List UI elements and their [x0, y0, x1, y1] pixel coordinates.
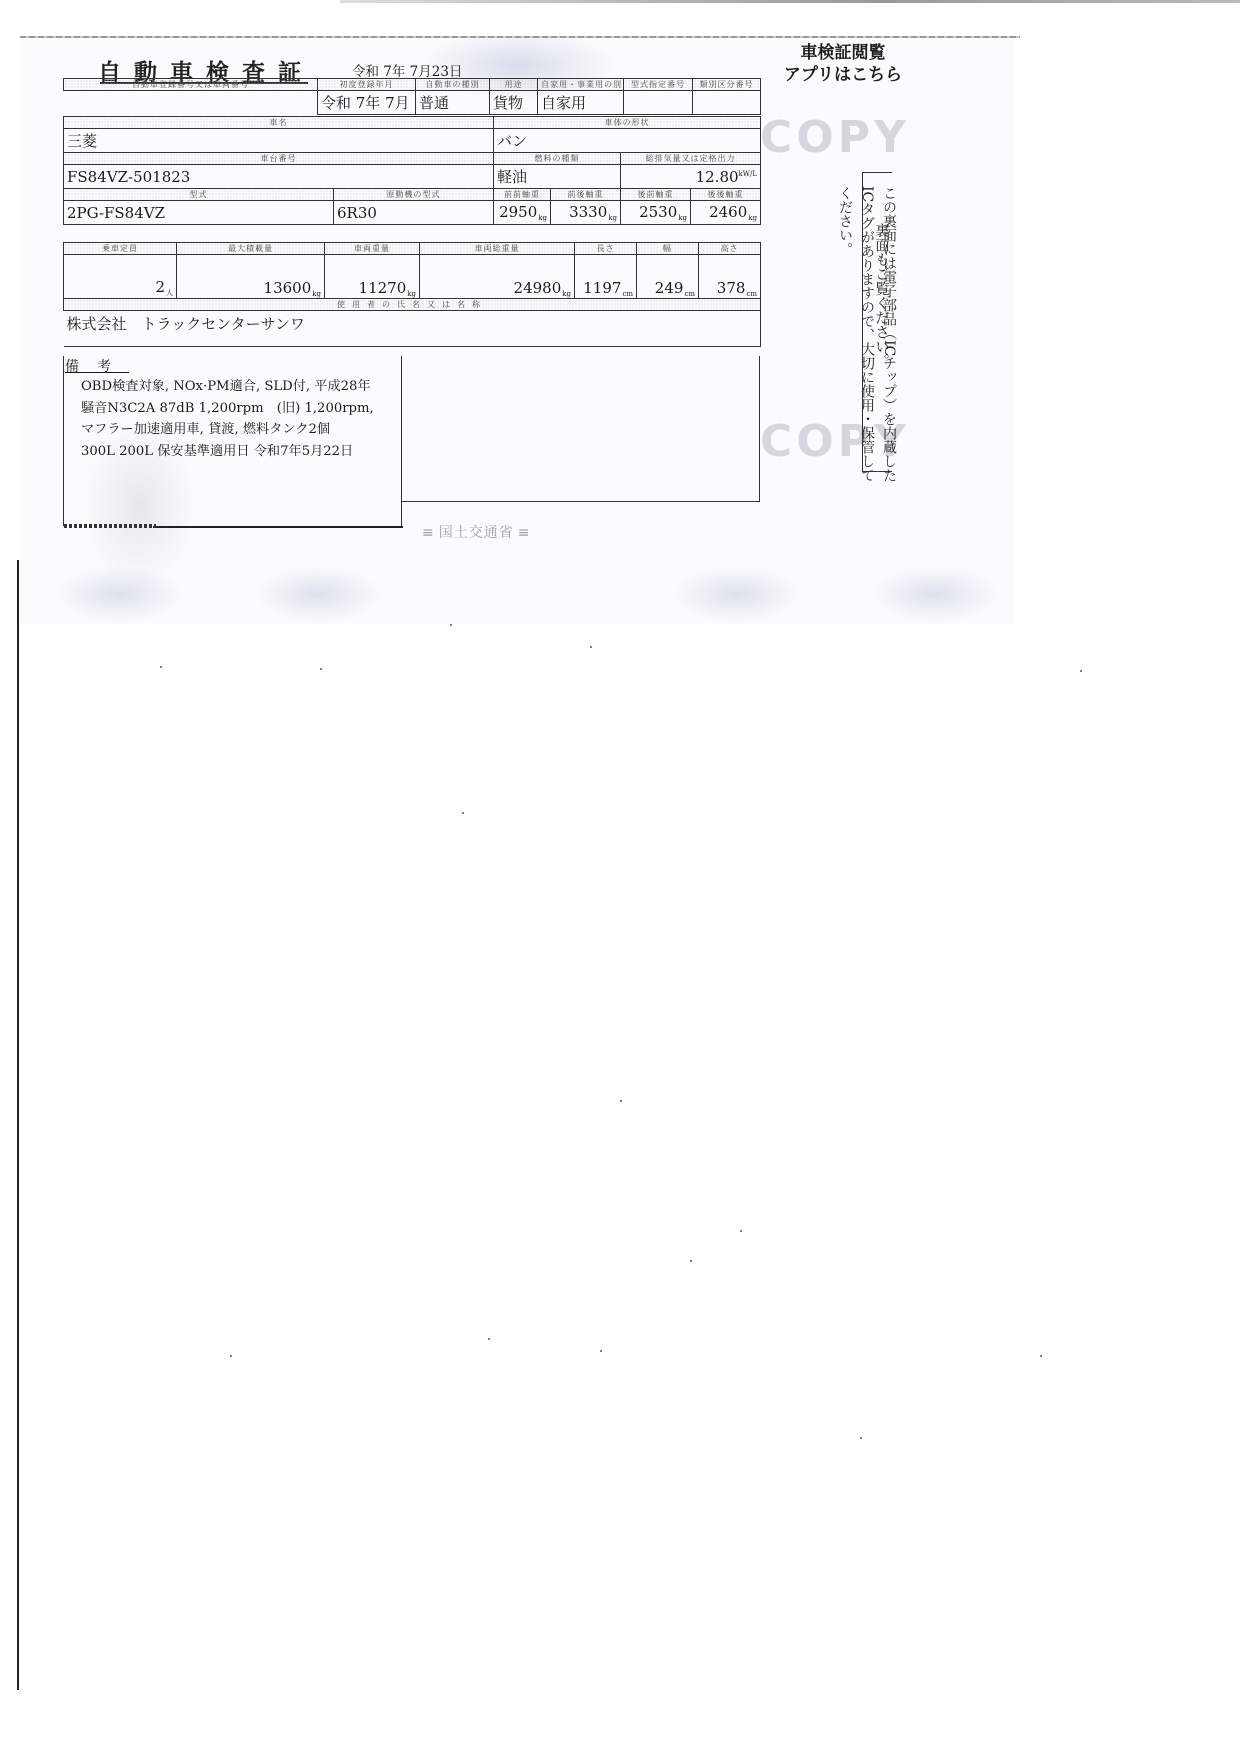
max-load-cell: 13600kg — [177, 255, 325, 299]
front-rear-axle-value: 3330 — [569, 203, 607, 221]
label-registration-number: 自動車登録番号又は車両番号 — [64, 79, 318, 91]
vehicle-category-value: 普通 — [416, 91, 490, 115]
label-length: 長さ — [575, 243, 637, 255]
certificate-top-border — [20, 36, 1020, 38]
private-business-value: 自家用 — [538, 91, 624, 115]
label-engine-model: 原動機の型式 — [334, 189, 494, 201]
vehicle-weight-cell: 11270kg — [325, 255, 420, 299]
label-use: 用途 — [490, 79, 538, 91]
weights-dimensions-table: 乗車定員 最大積載量 車両重量 車両総重量 長さ 幅 高さ 2人 13600kg… — [63, 242, 761, 347]
label-first-registration: 初度登録年月 — [318, 79, 416, 91]
label-body-shape: 車体の形状 — [494, 117, 761, 129]
label-private-business: 自家用・事業用の別 — [538, 79, 624, 91]
length-value: 1197 — [583, 279, 621, 297]
label-rear-rear-axle: 後後軸重 — [691, 189, 761, 201]
front-front-axle-cell: 2950kg — [494, 201, 551, 225]
scan-speck — [590, 646, 592, 648]
body-shape-value: バン — [494, 129, 761, 153]
label-height: 高さ — [699, 243, 761, 255]
scan-speck — [620, 1100, 622, 1102]
registration-table: 自動車登録番号又は車両番号 初度登録年月 自動車の種別 用途 自家用・事業用の別… — [63, 78, 761, 115]
height-cell: 378cm — [699, 255, 761, 299]
remarks-text: OBD検査対象, NOx·PM適合, SLD付, 平成28年 騒音N3C2A 8… — [81, 376, 374, 462]
remarks-line: マフラー加速適用車, 貸渡, 燃料タンク2個 — [81, 419, 374, 441]
scan-speck — [462, 812, 464, 814]
rear-front-axle-cell: 2530kg — [621, 201, 691, 225]
unit-kg: kg — [538, 214, 547, 222]
label-max-load: 最大積載量 — [177, 243, 325, 255]
label-gross-weight: 車両総重量 — [420, 243, 575, 255]
type-designation-value — [624, 91, 693, 115]
first-registration-value: 令和 7年 7月 — [318, 91, 416, 115]
capacity-cell: 2人 — [64, 255, 177, 299]
unit-cm: cm — [746, 290, 757, 298]
chassis-number-value: FS84VZ-501823 — [64, 165, 494, 189]
scan-speck — [320, 668, 322, 670]
issue-date: 令和 7年 7月23日 — [352, 60, 462, 80]
remarks-line: 騒音N3C2A 87dB 1,200rpm (旧) 1,200rpm, — [81, 398, 374, 420]
category-class-value — [693, 91, 761, 115]
label-vehicle-weight: 車両重量 — [325, 243, 420, 255]
width-value: 249 — [655, 279, 684, 297]
label-category-class: 類別区分番号 — [693, 79, 761, 91]
see-back-notice: 裏面もご覧ください。 — [862, 172, 892, 472]
label-front-rear-axle: 前後軸重 — [551, 189, 621, 201]
remarks-line: 300L 200L 保安基準適用日 令和7年5月22日 — [81, 441, 374, 463]
label-model: 型式 — [64, 189, 334, 201]
unit-cm: cm — [684, 290, 695, 298]
gross-weight-cell: 24980kg — [420, 255, 575, 299]
copy-watermark: COPY — [760, 112, 910, 163]
scan-speck — [230, 1355, 232, 1357]
label-chassis-number: 車台番号 — [64, 153, 494, 165]
rear-front-axle-value: 2530 — [639, 203, 677, 221]
ministry-logo: 国土交通省 — [422, 522, 530, 542]
make-value: 三菱 — [64, 129, 494, 153]
label-vehicle-category: 自動車の種別 — [416, 79, 490, 91]
unit-kg: kg — [678, 214, 687, 222]
unit-kg: kg — [748, 214, 757, 222]
scan-speck — [1040, 1355, 1042, 1357]
registration-number-value — [64, 91, 318, 115]
remarks-box-bottom — [153, 526, 403, 528]
use-value: 貨物 — [490, 91, 538, 115]
displacement-value: 12.80 — [696, 168, 739, 186]
label-type-designation: 型式指定番号 — [624, 79, 693, 91]
label-user-name: 使用者の氏名又は名称 — [64, 299, 761, 311]
front-rear-axle-cell: 3330kg — [551, 201, 621, 225]
height-value: 378 — [717, 279, 746, 297]
app-link-label[interactable]: 車検証閲覧 アプリはこちら — [768, 42, 918, 86]
length-cell: 1197cm — [575, 255, 637, 299]
scan-speck — [690, 1260, 692, 1262]
scan-speck — [160, 666, 162, 668]
unit-kg: kg — [312, 290, 321, 298]
label-make: 車名 — [64, 117, 494, 129]
scan-speck — [740, 1230, 742, 1232]
label-displacement: 総排気量又は定格出力 — [621, 153, 761, 165]
label-front-front-axle: 前前軸重 — [494, 189, 551, 201]
app-link-line: アプリはこちら — [768, 64, 918, 86]
microprint-id — [64, 524, 156, 528]
page-left-edge — [17, 560, 19, 1690]
capacity-value: 2 — [155, 278, 165, 296]
unit-kg: kg — [608, 214, 617, 222]
blank-panel — [402, 356, 760, 502]
unit-cm: cm — [622, 290, 633, 298]
scan-speck — [860, 1437, 862, 1439]
scan-speck — [1080, 670, 1082, 672]
unit-person: 人 — [166, 289, 173, 297]
vehicle-spec-table: 車名 車体の形状 三菱 バン 車台番号 燃料の種類 総排気量又は定格出力 FS8… — [63, 116, 761, 225]
engine-model-value: 6R30 — [334, 201, 494, 225]
unit-kg: kg — [562, 290, 571, 298]
max-load-value: 13600 — [264, 279, 312, 297]
label-capacity: 乗車定員 — [64, 243, 177, 255]
width-cell: 249cm — [637, 255, 699, 299]
scan-speck — [488, 1338, 490, 1340]
label-width: 幅 — [637, 243, 699, 255]
app-link-line: 車検証閲覧 — [768, 42, 918, 64]
fuel-type-value: 軽油 — [494, 165, 621, 189]
user-name-value: 株式会社 トラックセンターサンワ — [64, 311, 761, 347]
scan-speck — [450, 624, 452, 626]
unit-kg: kg — [407, 290, 416, 298]
displacement-cell: 12.80kW/L — [621, 165, 761, 189]
vehicle-weight-value: 11270 — [359, 279, 407, 297]
displacement-unit: kW/L — [739, 170, 757, 178]
scan-edge-line — [340, 0, 1240, 3]
remarks-line: OBD検査対象, NOx·PM適合, SLD付, 平成28年 — [81, 376, 374, 398]
rear-rear-axle-cell: 2460kg — [691, 201, 761, 225]
model-value: 2PG-FS84VZ — [64, 201, 334, 225]
rear-rear-axle-value: 2460 — [709, 203, 747, 221]
front-front-axle-value: 2950 — [499, 203, 537, 221]
remarks-heading: 備考 — [65, 356, 129, 376]
vehicle-inspection-certificate: 自動車検査証 令和 7年 7月23日 自動車登録番号又は車両番号 初度登録年月 … — [20, 36, 1015, 624]
label-rear-front-axle: 後前軸重 — [621, 189, 691, 201]
gross-weight-value: 24980 — [514, 279, 562, 297]
label-fuel-type: 燃料の種類 — [494, 153, 621, 165]
scan-speck — [600, 1350, 602, 1352]
